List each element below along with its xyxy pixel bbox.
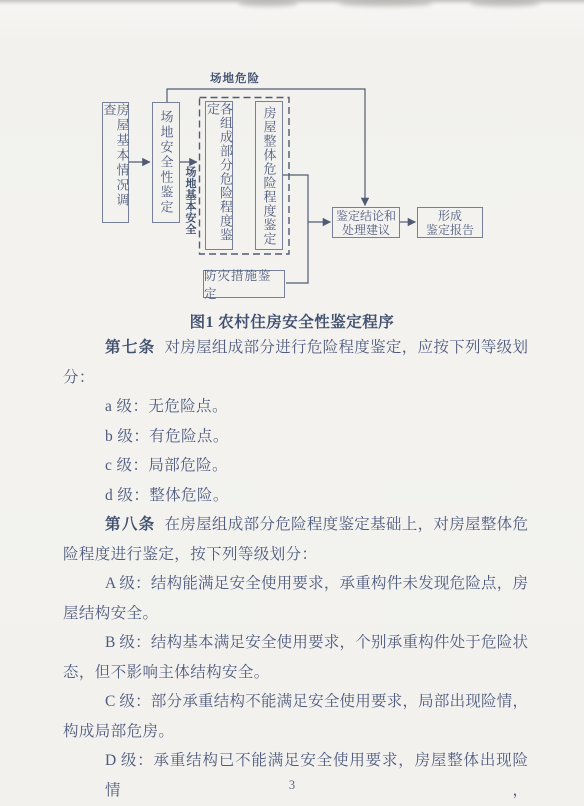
scan-smudge: [470, 0, 540, 7]
body-line: a 级：无危险点。: [63, 392, 528, 422]
flowchart-box-report: 形成 鉴定报告: [417, 207, 483, 238]
body-line: d 级：整体危险。: [63, 481, 528, 511]
box-label-line1: 鉴定结论和: [336, 209, 396, 223]
body-line: B 级：结构基本满足安全使用要求，个别承重构件处于危险状: [63, 628, 528, 658]
body-line: A 级：结构能满足安全使用要求，承重构件未发现危险点，房: [63, 569, 528, 599]
body-line: 第八条在房屋组成部分危险程度鉴定基础上，对房屋整体危: [63, 510, 528, 540]
figure-caption: 图1 农村住房安全性鉴定程序: [0, 310, 584, 330]
body-line: 险程度进行鉴定，按下列等级划分：: [63, 540, 528, 570]
body-line: 构成局部危房。: [63, 717, 528, 747]
clause-number: 第七条: [105, 339, 155, 356]
document-page: 场地危险 场地基本安全 房屋基本情况调查 场地安全性鉴定 各组成部分危险程度鉴定…: [0, 0, 584, 806]
box-label: 房屋整体危险程度鉴定: [263, 106, 276, 246]
flowchart-connectors: [0, 0, 584, 320]
flowchart-box-conclusion: 鉴定结论和 处理建议: [332, 207, 400, 238]
label-site-basic-safe: 场地基本安全: [182, 166, 196, 238]
scan-smudge: [338, 0, 433, 7]
flowchart-box-house-survey: 房屋基本情况调查: [102, 102, 129, 223]
scan-edge-artifact: [0, 0, 584, 6]
flowchart-box-component-danger: 各组成部分危险程度鉴定: [205, 101, 233, 250]
box-label: 防灾措施鉴定: [204, 266, 284, 302]
box-label-line1: 形成: [438, 209, 462, 223]
body-line: C 级：部分承重结构不能满足安全使用要求，局部出现险情，: [63, 687, 528, 717]
box-label-line2: 处理建议: [342, 223, 390, 237]
box-label: 场地安全性鉴定: [160, 110, 173, 215]
label-site-danger: 场地危险: [206, 73, 264, 86]
flowchart-box-disaster-measures: 防灾措施鉴定: [203, 270, 285, 298]
box-label: 房屋基本情况调查: [103, 103, 129, 222]
box-label-line2: 鉴定报告: [426, 223, 474, 237]
body-line: 屋结构安全。: [63, 599, 528, 629]
flowchart-box-site-appraisal: 场地安全性鉴定: [152, 102, 180, 223]
body-line: c 级：局部危险。: [63, 451, 528, 481]
page-number: 3: [0, 778, 584, 793]
body-line: b 级：有危险点。: [63, 422, 528, 452]
body-line: 分：: [63, 363, 528, 393]
clause-number: 第八条: [105, 516, 155, 533]
body-text: 第七条对房屋组成部分进行危险程度鉴定，应按下列等级划分：a 级：无危险点。b 级…: [63, 333, 528, 805]
flowchart-box-overall-danger: 房屋整体危险程度鉴定: [255, 101, 283, 250]
body-line: D 级：承重结构已不能满足安全使用要求，房屋整体出现险情，: [63, 746, 528, 805]
body-line: 第七条对房屋组成部分进行危险程度鉴定，应按下列等级划: [63, 333, 528, 363]
body-line: 态，但不影响主体结构安全。: [63, 658, 528, 688]
scan-smudge: [238, 0, 298, 7]
box-label: 各组成部分危险程度鉴定: [206, 102, 232, 249]
